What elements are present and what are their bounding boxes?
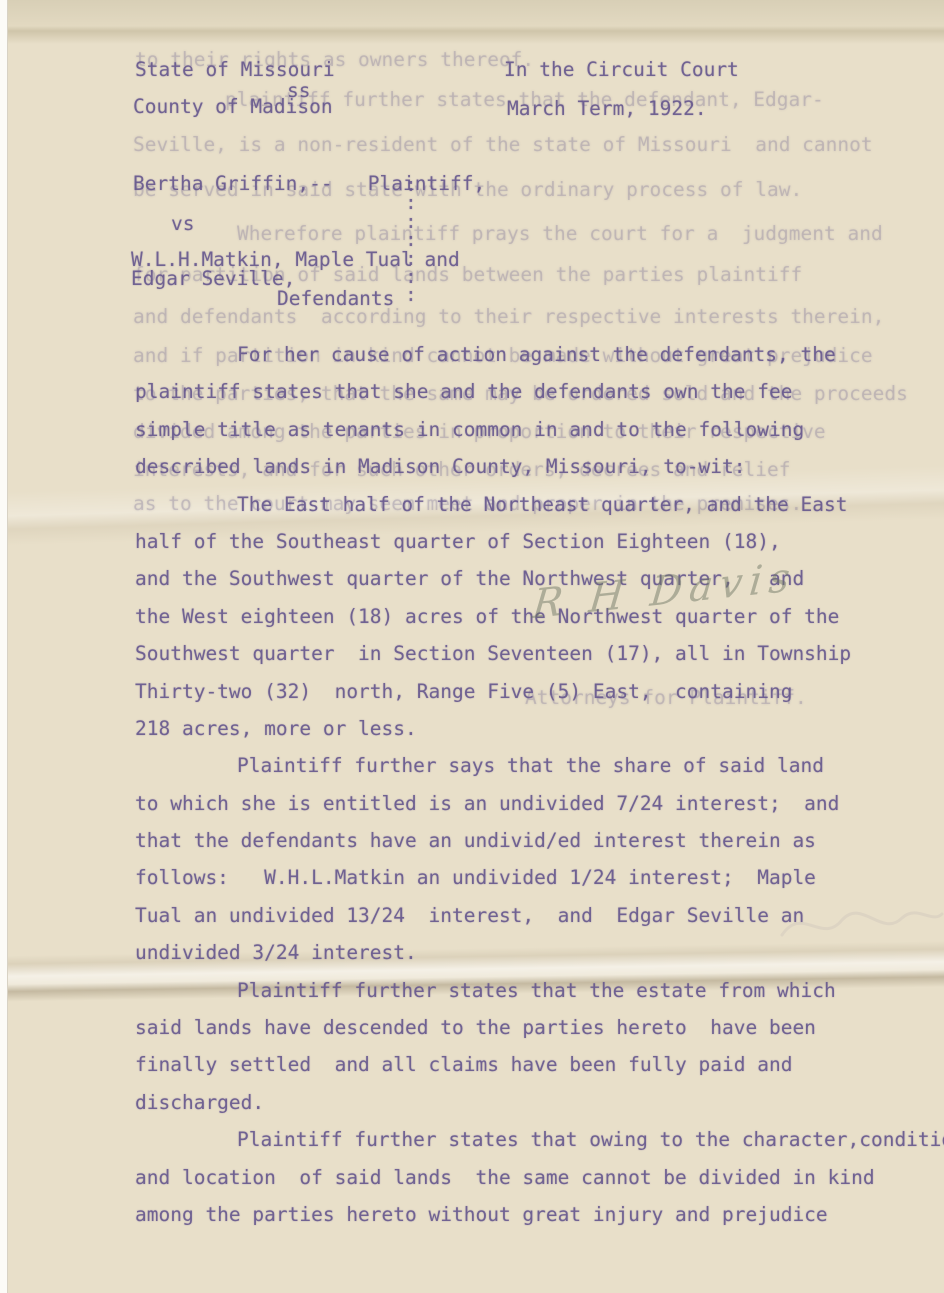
- bleedthrough-line: and defendants according to their respec…: [133, 305, 884, 329]
- body-line: The East half of the Northeast quarter, …: [135, 486, 944, 523]
- court-term-line: March Term, 1922.: [507, 97, 707, 121]
- versus-label: vs: [171, 212, 194, 236]
- body-line: Southwest quarter in Section Seventeen (…: [135, 635, 944, 672]
- body-line: finally settled and all claims have been…: [135, 1046, 944, 1083]
- pleading-body-text: For her cause of action against the defe…: [135, 336, 944, 1233]
- body-line: Thirty-two (32) north, Range Five (5) Ea…: [135, 673, 944, 710]
- body-line: to which she is entitled is an undivided…: [135, 785, 944, 822]
- body-line: described lands in Madison County, Misso…: [135, 448, 944, 485]
- bleedthrough-line: Wherefore plaintiff prays the court for …: [237, 222, 883, 246]
- body-line: discharged.: [135, 1084, 944, 1121]
- body-line: Plaintiff further states that owing to t…: [135, 1121, 944, 1158]
- body-line: For her cause of action against the defe…: [135, 336, 944, 373]
- faint-handwriting-mark: [777, 890, 944, 970]
- scanned-document-page: to their rights as owners thereof. plain…: [7, 0, 944, 1293]
- body-line: among the parties hereto without great i…: [135, 1196, 944, 1233]
- venue-county-line: County of Madison: [133, 95, 333, 119]
- body-line: and location of said lands the same cann…: [135, 1159, 944, 1196]
- caption-colon-divider: : : : : : : :: [405, 176, 417, 305]
- defendants-label: Defendants: [277, 287, 394, 311]
- bleedthrough-line: Seville, is a non-resident of the state …: [133, 133, 873, 157]
- body-line: said lands have descended to the parties…: [135, 1009, 944, 1046]
- defendants-name-line2: Edgar Seville,: [131, 267, 295, 291]
- body-line: half of the Southeast quarter of Section…: [135, 523, 944, 560]
- scan-edge-strip: [0, 0, 8, 1293]
- body-line: Plaintiff further states that the estate…: [135, 972, 944, 1009]
- body-line: 218 acres, more or less.: [135, 710, 944, 747]
- body-line: plaintiff states that she and the defend…: [135, 373, 944, 410]
- body-line: that the defendants have an undivid/ed i…: [135, 822, 944, 859]
- plaintiff-name-line: Bertha Griffin,-- Plaintiff,: [133, 172, 485, 196]
- body-line: simple title as tenants in common in and…: [135, 411, 944, 448]
- body-line: Plaintiff further says that the share of…: [135, 747, 944, 784]
- court-name-line: In the Circuit Court: [504, 58, 739, 82]
